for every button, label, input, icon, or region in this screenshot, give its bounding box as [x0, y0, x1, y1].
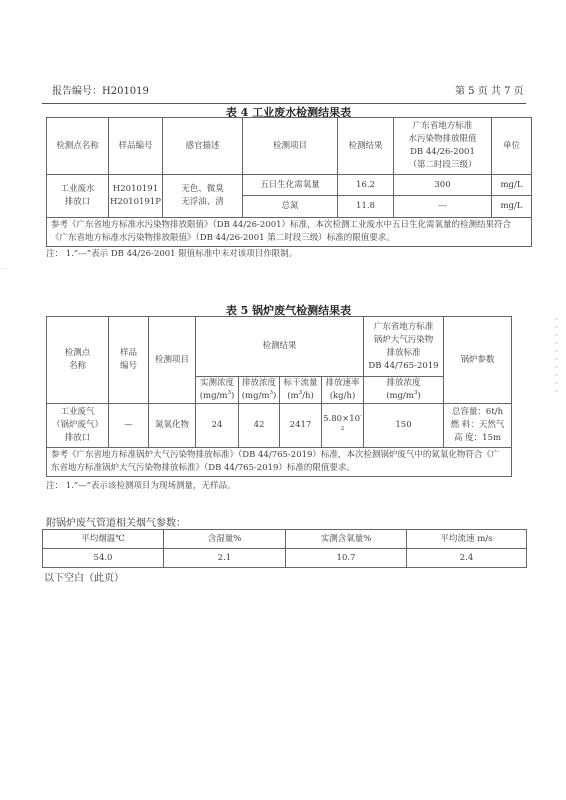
limit-cell: 150 — [364, 404, 444, 448]
header-sample: 样品编号 — [109, 118, 163, 175]
site-header-line-2: 名称 — [48, 360, 107, 373]
standard-line-1: 广东省地方标准 — [365, 321, 442, 334]
table4-reference: 参考《广东省地方标准水污染物排放限值》（DB 44/26-2001）标准，本次检… — [47, 218, 532, 247]
limit-cell: --- — [394, 196, 492, 218]
header-measured-conc: 实测浓度 (mg/m3) — [196, 377, 239, 404]
label: 标干流量 — [281, 377, 320, 390]
unit: (mg/m3) — [365, 390, 442, 403]
table5-reference-row: 参考《广东省地方标准锅炉大气污染物排放标准》（DB 44/765-2019）标准… — [47, 448, 512, 477]
header-flow: 标干流量 (m3/h) — [280, 377, 322, 404]
header-humidity: 含湿量% — [164, 530, 286, 549]
sensory-line-1: 无色、微臭 — [164, 183, 241, 196]
header-standard: 广东省地方标准 锅炉大气污染物 排放标准 DB 44/765-2019 — [364, 317, 444, 377]
site-line-3: 排放口 — [48, 432, 107, 445]
site-header-line-1: 检测点 — [48, 347, 107, 360]
humidity-value: 2.1 — [164, 549, 286, 568]
blank-below-text: 以下空白（此页） — [44, 569, 124, 584]
unit-cell: mg/L — [492, 175, 532, 196]
header-sensory: 感官描述 — [163, 118, 243, 175]
unit: (m3/h) — [281, 390, 320, 403]
flue-header-row: 平均烟温℃ 含湿量% 实测含氧量% 平均流速 m/s — [43, 530, 527, 549]
table-row: 工业废气 （锅炉废气） 排放口 — 氮氧化物 24 42 2417 5.80×1… — [47, 404, 512, 448]
report-number-value: H201019 — [102, 86, 149, 97]
sample-header-line-1: 样品 — [110, 347, 147, 360]
label: 排放浓度 — [240, 377, 278, 390]
standard-line-3: 排放标准 — [365, 347, 442, 360]
emission-conc-cell: 42 — [239, 404, 280, 448]
rate-cell: 5.80×10-2 — [322, 404, 364, 448]
limit-cell: 300 — [394, 175, 492, 196]
site-line-1: 工业废水 — [48, 183, 107, 196]
flue-title: 附锅炉废气管道相关烟气参数： — [46, 514, 186, 529]
table4-note: 注： 1.“---”表示 DB 44/26-2001 限值标准中未对该项目作限制… — [46, 247, 297, 259]
header-site: 检测点名称 — [47, 118, 109, 175]
scan-artifact — [555, 318, 558, 398]
boiler-height: 高 度：15m — [445, 432, 510, 445]
boiler-capacity: 总容量：6t/h — [445, 406, 510, 419]
table5-note: 注： 1.“—”表示该检测项目为现场测量，无样品。 — [46, 479, 236, 491]
table5-boiler-results: 检测点 名称 样品 编号 检测项目 检测结果 广东省地方标准 锅炉大气污染物 排… — [46, 316, 512, 477]
table4-reference-row: 参考《广东省地方标准水污染物排放限值》（DB 44/26-2001）标准，本次检… — [47, 218, 532, 247]
sample-header-line-2: 编号 — [110, 360, 147, 373]
flue-temp-value: 54.0 — [43, 549, 164, 568]
report-number: 报告编号：H201019 — [52, 82, 149, 97]
unit: (kg/h) — [323, 390, 362, 403]
result-cell: 11.8 — [338, 196, 394, 218]
standard-line-3: DB 44/26-2001 — [395, 146, 490, 159]
rate-base: 5.80×10 — [323, 414, 360, 424]
table5-reference: 参考《广东省地方标准锅炉大气污染物排放标准》（DB 44/765-2019）标准… — [47, 448, 512, 477]
header-sample: 样品 编号 — [109, 317, 149, 404]
site-cell: 工业废气 （锅炉废气） 排放口 — [47, 404, 109, 448]
result-cell: 16.2 — [338, 175, 394, 196]
site-line-2: 排放口 — [48, 196, 107, 209]
label: 排放速率 — [323, 377, 362, 390]
sensory-line-2: 无浮油、清 — [164, 196, 241, 209]
site-line-1: 工业废气 — [48, 406, 107, 419]
standard-line-2: 锅炉大气污染物 — [365, 334, 442, 347]
header-velocity: 平均流速 m/s — [407, 530, 527, 549]
header-rate: 排放速率 (kg/h) — [322, 377, 364, 404]
item-cell: 五日生化需氧量 — [243, 175, 338, 196]
table-row: 工业废水 排放口 H2010191 H2010191P 无色、微臭 无浮油、清 … — [47, 175, 532, 196]
header-flue-temp: 平均烟温℃ — [43, 530, 164, 549]
measured-conc-cell: 24 — [196, 404, 239, 448]
item-cell: 氮氧化物 — [149, 404, 196, 448]
header-emission-conc: 排放浓度 (mg/m3) — [239, 377, 280, 404]
header-item: 检测项目 — [243, 118, 338, 175]
unit-cell: mg/L — [492, 196, 532, 218]
standard-line-4: DB 44/765-2019 — [365, 360, 442, 373]
table-row: 54.0 2.1 10.7 2.4 — [43, 549, 527, 568]
table5-header-row: 检测点 名称 样品 编号 检测项目 检测结果 广东省地方标准 锅炉大气污染物 排… — [47, 317, 512, 377]
sample-id-2: H2010191P — [110, 196, 161, 209]
table4-wastewater-results: 检测点名称 样品编号 感官描述 检测项目 检测结果 广东省地方标准 水污染物排放… — [46, 117, 532, 247]
standard-line-1: 广东省地方标准 — [395, 120, 490, 133]
boiler-fuel: 燃 料：天然气 — [445, 419, 510, 432]
header-item: 检测项目 — [149, 317, 196, 404]
sample-cell: H2010191 H2010191P — [109, 175, 163, 218]
sensory-cell: 无色、微臭 无浮油、清 — [163, 175, 243, 218]
oxygen-value: 10.7 — [286, 549, 407, 568]
header-standard: 广东省地方标准 水污染物排放限值 DB 44/26-2001 （第二时段三级） — [394, 118, 492, 175]
header-result: 检测结果 — [338, 118, 394, 175]
label: 排放浓度 — [365, 377, 442, 390]
flow-cell: 2417 — [280, 404, 322, 448]
standard-line-2: 水污染物排放限值 — [395, 133, 490, 146]
header-boiler-params: 锅炉参数 — [444, 317, 512, 404]
scan-mark — [0, 268, 6, 279]
table4-header-row: 检测点名称 样品编号 感官描述 检测项目 检测结果 广东省地方标准 水污染物排放… — [47, 118, 532, 175]
boiler-params-cell: 总容量：6t/h 燃 料：天然气 高 度：15m — [444, 404, 512, 448]
page-info: 第 5 页 共 7 页 — [455, 82, 524, 97]
header-oxygen: 实测含氧量% — [286, 530, 407, 549]
header-standard-conc: 排放浓度 (mg/m3) — [364, 377, 444, 404]
sample-id-1: H2010191 — [110, 183, 161, 196]
header-results: 检测结果 — [196, 317, 364, 377]
site-cell: 工业废水 排放口 — [47, 175, 109, 218]
site-line-2: （锅炉废气） — [48, 419, 107, 432]
header-unit: 单位 — [492, 118, 532, 175]
report-number-label: 报告编号： — [52, 86, 102, 97]
standard-line-4: （第二时段三级） — [395, 159, 490, 172]
header-site: 检测点 名称 — [47, 317, 109, 404]
item-cell: 总氮 — [243, 196, 338, 218]
flue-params-table: 平均烟温℃ 含湿量% 实测含氧量% 平均流速 m/s 54.0 2.1 10.7… — [42, 529, 527, 568]
velocity-value: 2.4 — [407, 549, 527, 568]
sample-cell: — — [109, 404, 149, 448]
label: 实测浓度 — [197, 377, 237, 390]
unit: (mg/m3) — [240, 390, 278, 403]
unit: (mg/m3) — [197, 390, 237, 403]
